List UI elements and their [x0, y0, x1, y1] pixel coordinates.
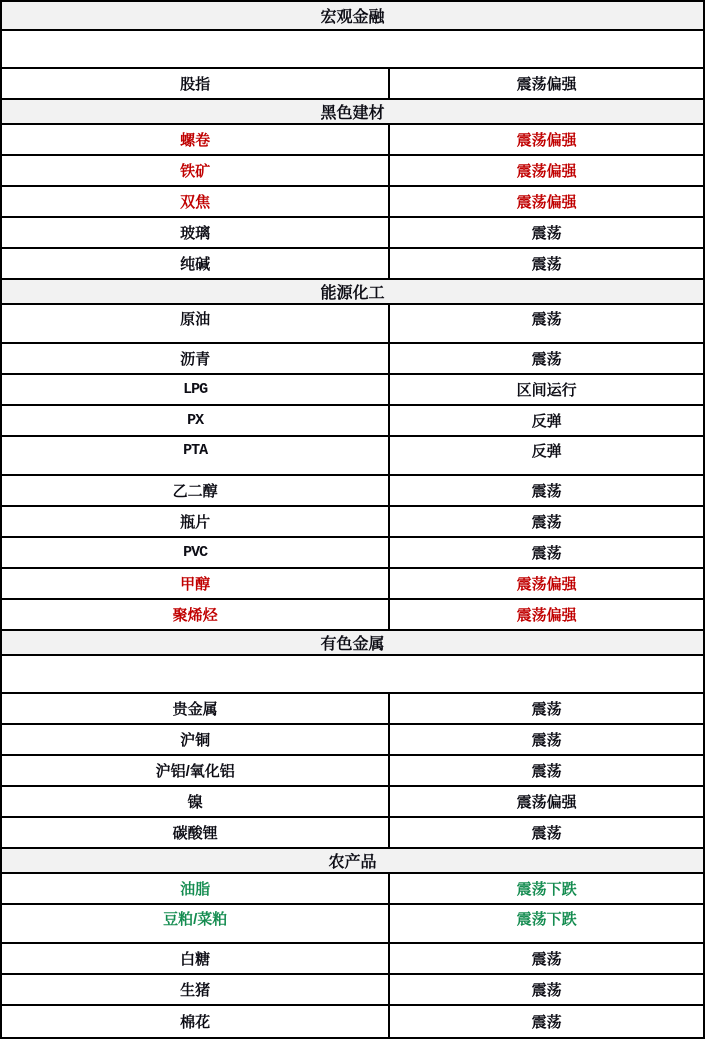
table-row: 沪铝/氧化铝震荡 [2, 756, 703, 787]
outlook-view: 震荡下跌 [390, 874, 703, 903]
table-row: PTA反弹 [2, 437, 703, 476]
section-header-row: 黑色建材 [2, 100, 703, 125]
table-row: 棉花震荡 [2, 1006, 703, 1037]
table-row: 沪铜震荡 [2, 725, 703, 756]
commodity-name: 瓶片 [2, 507, 390, 536]
table-row: 聚烯烃震荡偏强 [2, 600, 703, 631]
commodity-name: 玻璃 [2, 218, 390, 247]
section-header-row: 能源化工 [2, 280, 703, 305]
outlook-view: 震荡 [390, 756, 703, 785]
commodity-name: PX [2, 406, 390, 435]
outlook-view: 反弹 [390, 406, 703, 435]
outlook-view: 震荡 [390, 818, 703, 847]
commodity-name: 棉花 [2, 1006, 390, 1037]
commodity-name: LPG [2, 375, 390, 404]
commodity-name: 股指 [2, 69, 390, 98]
outlook-view: 震荡 [390, 218, 703, 247]
section-title: 有色金属 [2, 631, 703, 654]
commodity-name: 生猪 [2, 975, 390, 1004]
commodity-name: 沥青 [2, 344, 390, 373]
table-row: 螺卷震荡偏强 [2, 125, 703, 156]
commodity-name: 豆粕/菜粕 [2, 905, 390, 942]
outlook-view: 震荡偏强 [390, 569, 703, 598]
commodity-name: 铁矿 [2, 156, 390, 185]
outlook-view: 震荡下跌 [390, 905, 703, 942]
outlook-view: 震荡偏强 [390, 787, 703, 816]
section-header-row: 有色金属 [2, 631, 703, 656]
outlook-view: 区间运行 [390, 375, 703, 404]
table-row: 双焦震荡偏强 [2, 187, 703, 218]
outlook-view: 震荡 [390, 538, 703, 567]
table-row: 乙二醇震荡 [2, 476, 703, 507]
commodity-name: 双焦 [2, 187, 390, 216]
outlook-view: 震荡 [390, 1006, 703, 1037]
outlook-view: 震荡 [390, 476, 703, 505]
commodity-name: 纯碱 [2, 249, 390, 278]
table-row: 瓶片震荡 [2, 507, 703, 538]
table-row: 白糖震荡 [2, 944, 703, 975]
commodity-name: 乙二醇 [2, 476, 390, 505]
table-row: PVC震荡 [2, 538, 703, 569]
table-row: LPG区间运行 [2, 375, 703, 406]
table-row: 豆粕/菜粕震荡下跌 [2, 905, 703, 944]
section-title: 黑色建材 [2, 100, 703, 123]
commodity-name: 油脂 [2, 874, 390, 903]
commodity-name: PTA [2, 437, 390, 474]
commodity-name: 镍 [2, 787, 390, 816]
outlook-view: 震荡偏强 [390, 600, 703, 629]
section-header-row: 农产品 [2, 849, 703, 874]
table-row: 镍震荡偏强 [2, 787, 703, 818]
outlook-view: 震荡偏强 [390, 187, 703, 216]
outlook-view: 反弹 [390, 437, 703, 474]
commodity-name: 原油 [2, 305, 390, 342]
commodity-name: 白糖 [2, 944, 390, 973]
section-title: 宏观金融 [2, 2, 703, 29]
table-row: 碳酸锂震荡 [2, 818, 703, 849]
section-header-row: 宏观金融 [2, 2, 703, 31]
table-row: 甲醇震荡偏强 [2, 569, 703, 600]
outlook-view: 震荡偏强 [390, 156, 703, 185]
commodity-name: 沪铜 [2, 725, 390, 754]
section-title: 农产品 [2, 849, 703, 872]
commodity-name: PVC [2, 538, 390, 567]
table-row: 生猪震荡 [2, 975, 703, 1006]
outlook-view: 震荡 [390, 694, 703, 723]
commodity-name: 聚烯烃 [2, 600, 390, 629]
table-row: 铁矿震荡偏强 [2, 156, 703, 187]
table-row: 沥青震荡 [2, 344, 703, 375]
commodity-name: 贵金属 [2, 694, 390, 723]
commodity-name: 螺卷 [2, 125, 390, 154]
commodity-outlook-table: 宏观金融股指震荡偏强黑色建材螺卷震荡偏强铁矿震荡偏强双焦震荡偏强玻璃震荡纯碱震荡… [0, 0, 705, 1039]
table-row: PX反弹 [2, 406, 703, 437]
empty-spacer-row [2, 31, 703, 69]
outlook-view: 震荡 [390, 249, 703, 278]
outlook-view: 震荡 [390, 944, 703, 973]
commodity-name: 沪铝/氧化铝 [2, 756, 390, 785]
table-row: 原油震荡 [2, 305, 703, 344]
outlook-view: 震荡 [390, 305, 703, 342]
outlook-view: 震荡 [390, 344, 703, 373]
table-row: 股指震荡偏强 [2, 69, 703, 100]
commodity-name: 碳酸锂 [2, 818, 390, 847]
commodity-name: 甲醇 [2, 569, 390, 598]
table-row: 贵金属震荡 [2, 694, 703, 725]
outlook-view: 震荡 [390, 507, 703, 536]
empty-spacer-row [2, 656, 703, 694]
outlook-view: 震荡偏强 [390, 69, 703, 98]
outlook-view: 震荡 [390, 725, 703, 754]
page: 宏观金融股指震荡偏强黑色建材螺卷震荡偏强铁矿震荡偏强双焦震荡偏强玻璃震荡纯碱震荡… [0, 0, 709, 1039]
table-row: 纯碱震荡 [2, 249, 703, 280]
outlook-view: 震荡偏强 [390, 125, 703, 154]
table-row: 玻璃震荡 [2, 218, 703, 249]
table-row: 油脂震荡下跌 [2, 874, 703, 905]
section-title: 能源化工 [2, 280, 703, 303]
outlook-view: 震荡 [390, 975, 703, 1004]
